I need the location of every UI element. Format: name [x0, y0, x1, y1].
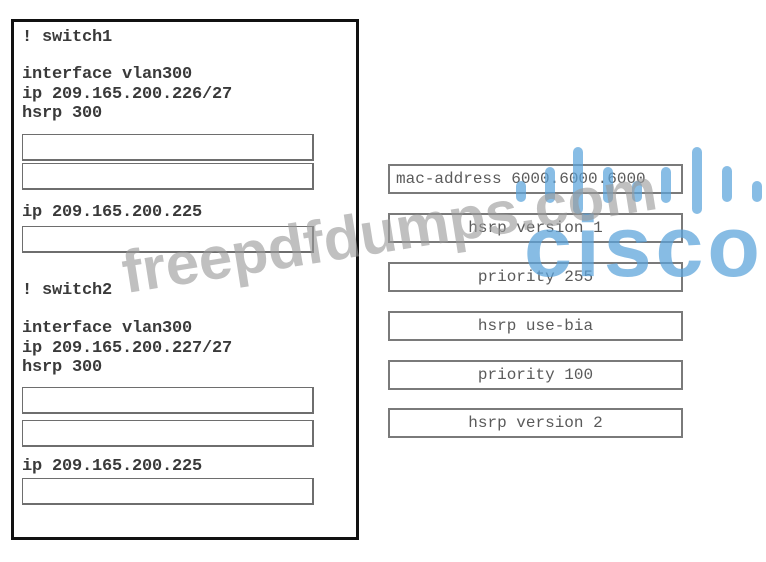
cisco-logo-bar-icon — [603, 167, 613, 203]
option-label: priority 100 — [478, 366, 593, 384]
option-label: hsrp use-bia — [478, 317, 593, 335]
switch2-header: ! switch2 — [22, 281, 112, 301]
switch1-interface-line: interface vlan300 — [22, 65, 192, 85]
switch1-vip-line: ip 209.165.200.225 — [22, 203, 202, 223]
switch2-drop-target-1[interactable] — [22, 387, 314, 414]
switch2-drop-target-2[interactable] — [22, 420, 314, 447]
switch1-header: ! switch1 — [22, 28, 112, 48]
option-hsrp-use-bia[interactable]: hsrp use-bia — [388, 311, 683, 341]
switch2-drop-target-3[interactable] — [22, 478, 314, 505]
switch1-drop-target-2[interactable] — [22, 163, 314, 190]
switch1-drop-target-1[interactable] — [22, 134, 314, 161]
cisco-logo-bar-icon — [722, 166, 732, 202]
switch1-drop-target-3[interactable] — [22, 226, 314, 253]
option-hsrp-version-2[interactable]: hsrp version 2 — [388, 408, 683, 438]
switch2-hsrp-line: hsrp 300 — [22, 358, 102, 378]
switch1-ip-line: ip 209.165.200.226/27 — [22, 85, 232, 105]
option-label: hsrp version 2 — [468, 414, 602, 432]
cisco-logo-text: cisco — [524, 204, 764, 290]
switch2-interface-line: interface vlan300 — [22, 319, 192, 339]
switch2-ip-line: ip 209.165.200.227/27 — [22, 339, 232, 359]
switch1-hsrp-line: hsrp 300 — [22, 104, 102, 124]
cisco-logo-bar-icon — [661, 167, 671, 203]
option-priority-100[interactable]: priority 100 — [388, 360, 683, 390]
cisco-logo-bar-icon — [545, 167, 555, 203]
switch2-vip-line: ip 209.165.200.225 — [22, 457, 202, 477]
